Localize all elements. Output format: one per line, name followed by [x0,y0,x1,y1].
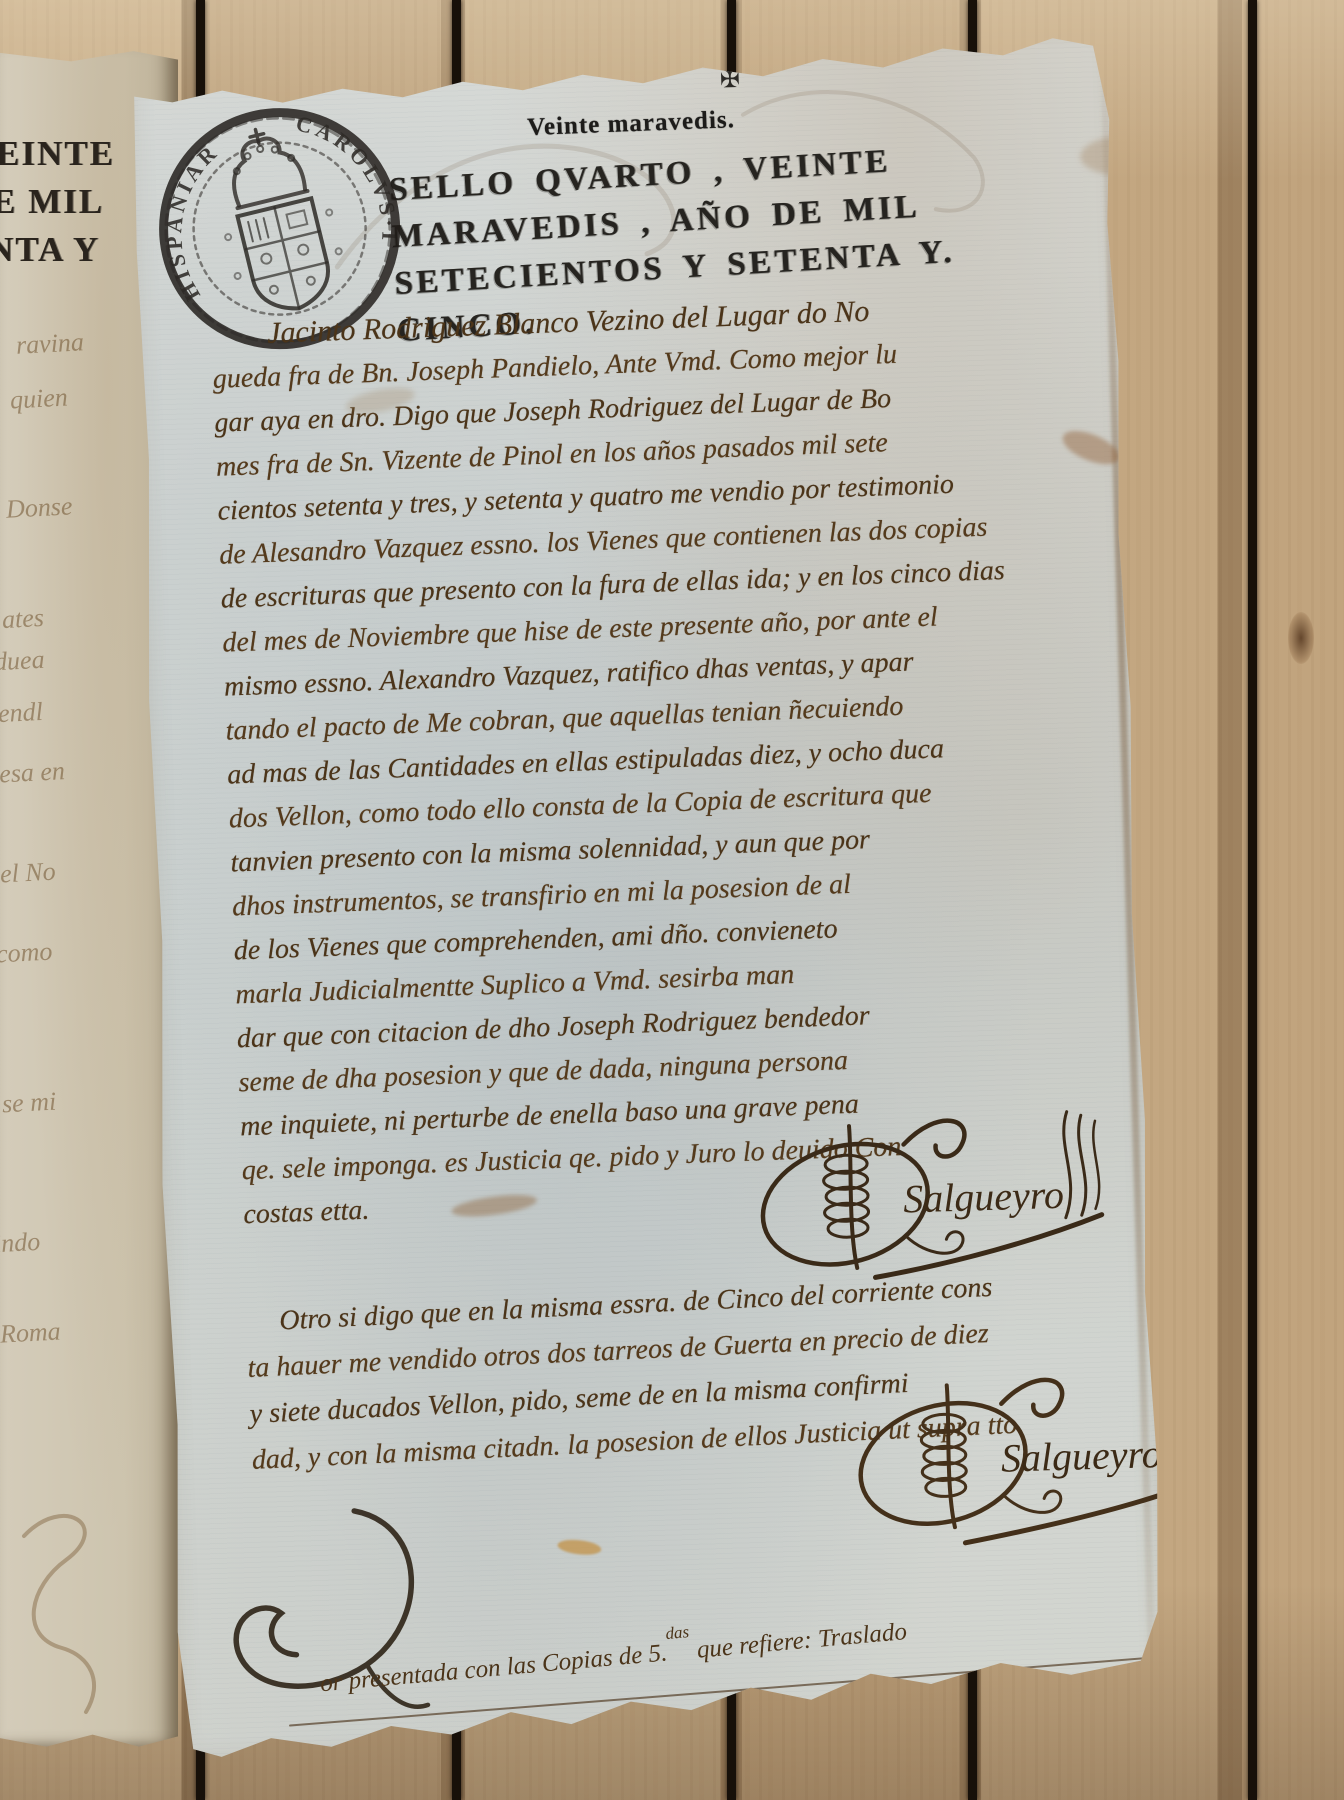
faded-flourish [0,1486,150,1726]
handwriting-fragment: Donse [5,491,73,524]
photograph-of-manuscript: EINTEE MILNTA Y ravinaquienDonseatesduea… [0,0,1344,1800]
paraph-flourish [164,1488,472,1787]
handwriting-fragment: se mi [1,1087,57,1120]
handwriting-fragment: Roma [0,1316,61,1349]
svg-text:CAROLVS·III: CAROLVS·III [120,69,409,305]
wood-knot [1288,612,1314,664]
handwriting-fragment: el No [0,857,56,890]
printed-text-fragment: EINTE [0,134,115,174]
plank-gap [1248,0,1257,1800]
document-page: ✠ Veinte maravedis. SELLO QVARTO , VEINT… [121,16,1174,1771]
petition-body-text: Jacinto Rodriguez Blanco Vezino del Luga… [210,281,1153,1238]
handwriting-fragment: endl [0,697,44,729]
signature-name: Salgueyro [1000,1431,1162,1481]
amber-stain [557,1538,602,1557]
handwriting-fragment: jesa en [0,756,66,790]
handwriting-fragment: ravina [15,327,84,361]
annotation-superscript: das [665,1622,690,1643]
signature-rubric-2: Salgueyro [848,1353,1234,1564]
handwriting-fragment: ates [1,603,44,635]
printed-text-fragment: E MIL [0,182,104,222]
stamp-right-legend: CAROLVS·III [120,69,409,305]
handwriting-fragment: duea [0,645,45,678]
edge-stain [1080,134,1171,177]
handwriting-fragment: quien [9,383,68,416]
printed-text-fragment: NTA Y [0,230,100,270]
annotation-post: que refiere: Traslado [690,1618,908,1664]
handwriting-fragment: como [0,937,53,970]
handwriting-fragment: indo [0,1227,41,1259]
signature-name: Salgueyro [903,1172,1065,1222]
